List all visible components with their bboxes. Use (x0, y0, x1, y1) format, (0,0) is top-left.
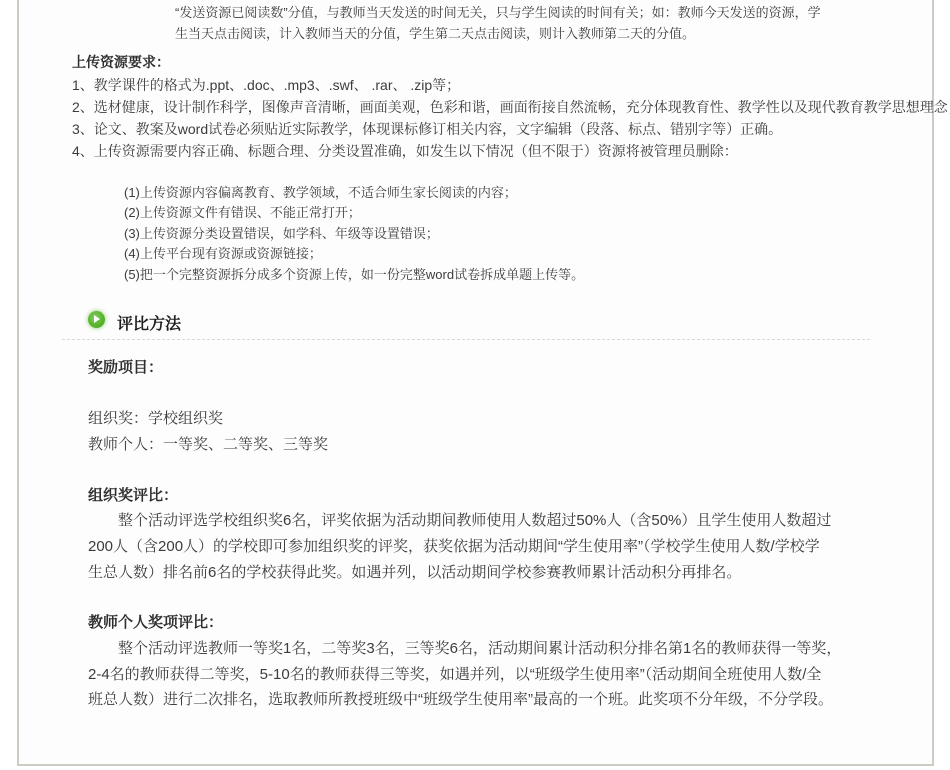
evaluation-method-heading: 评比方法 (117, 311, 181, 334)
award-item: 组织奖：学校组织奖 (88, 406, 328, 432)
awards-title: 奖励项目： (88, 356, 163, 377)
violation-item: (5)把一个完整资源拆分成多个资源上传，如一份完整word试卷拆成单题上传等。 (124, 265, 584, 285)
awards-list: 组织奖：学校组织奖 教师个人：一等奖、二等奖、三等奖 (88, 406, 328, 458)
intro-paragraph: “发送资源已阅读数”分值，与教师当天发送的时间无关，只与学生阅读的时间有关；如：… (175, 2, 821, 44)
dashed-separator (62, 339, 870, 340)
org-award-paragraph: 整个活动评选学校组织奖6名，评奖依据为活动期间教师使用人数超过50%人（含50%… (88, 508, 831, 586)
teacher-award-paragraph: 整个活动评选教师一等奖1名，二等奖3名，三等奖6名，活动期间累计活动积分排名第1… (88, 636, 841, 713)
violation-item: (4)上传平台现有资源或资源链接； (124, 244, 584, 264)
requirement-item: 1、教学课件的格式为.ppt、.doc、.mp3、.swf、 .rar、 .zi… (72, 74, 950, 96)
upload-requirements-list: 1、教学课件的格式为.ppt、.doc、.mp3、.swf、 .rar、 .zi… (72, 74, 950, 162)
paragraph-line: 200人（含200人）的学校即可参加组织奖的评奖，获奖依据为活动期间“学生使用率… (88, 534, 831, 560)
content-panel: “发送资源已阅读数”分值，与教师当天发送的时间无关，只与学生阅读的时间有关；如：… (17, 0, 934, 766)
violations-list: (1)上传资源内容偏离教育、教学领域，不适合师生家长阅读的内容； (2)上传资源… (124, 183, 584, 285)
violation-item: (3)上传资源分类设置错误，如学科、年级等设置错误； (124, 224, 584, 244)
requirement-item: 2、选材健康，设计制作科学，图像声音清晰，画面美观，色彩和谐，画面衔接自然流畅，… (72, 96, 950, 118)
org-award-title: 组织奖评比： (88, 484, 178, 505)
paragraph-line: 生总人数）排名前6名的学校获得此奖。如遇并列，以活动期间学校参赛教师累计活动积分… (88, 560, 831, 586)
paragraph-line: 2-4名的教师获得二等奖，5-10名的教师获得三等奖，如遇并列，以“班级学生使用… (88, 662, 841, 688)
teacher-award-title: 教师个人奖项评比： (88, 611, 223, 632)
green-play-circle-icon (88, 311, 105, 328)
paragraph-line: 整个活动评选学校组织奖6名，评奖依据为活动期间教师使用人数超过50%人（含50%… (88, 508, 831, 534)
upload-requirements-title: 上传资源要求： (72, 52, 170, 72)
page: { "colors": { "accent_green": "#58b42c",… (0, 0, 950, 770)
requirement-item: 3、论文、教案及word试卷必须贴近实际教学，体现课标修订相关内容，文字编辑（段… (72, 118, 950, 140)
paragraph-line: 班总人数）进行二次排名，选取教师所教授班级中“班级学生使用率”最高的一个班。此奖… (88, 687, 841, 713)
requirement-item: 4、上传资源需要内容正确、标题合理、分类设置准确，如发生以下情况（但不限于）资源… (72, 140, 950, 162)
award-item: 教师个人：一等奖、二等奖、三等奖 (88, 432, 328, 458)
intro-line: “发送资源已阅读数”分值，与教师当天发送的时间无关，只与学生阅读的时间有关；如：… (175, 2, 821, 23)
paragraph-line: 整个活动评选教师一等奖1名，二等奖3名，三等奖6名，活动期间累计活动积分排名第1… (88, 636, 841, 662)
intro-line: 生当天点击阅读，计入教师当天的分值，学生第二天点击阅读，则计入教师第二天的分值。 (175, 23, 821, 44)
violation-item: (1)上传资源内容偏离教育、教学领域，不适合师生家长阅读的内容； (124, 183, 584, 203)
violation-item: (2)上传资源文件有错误、不能正常打开； (124, 203, 584, 223)
